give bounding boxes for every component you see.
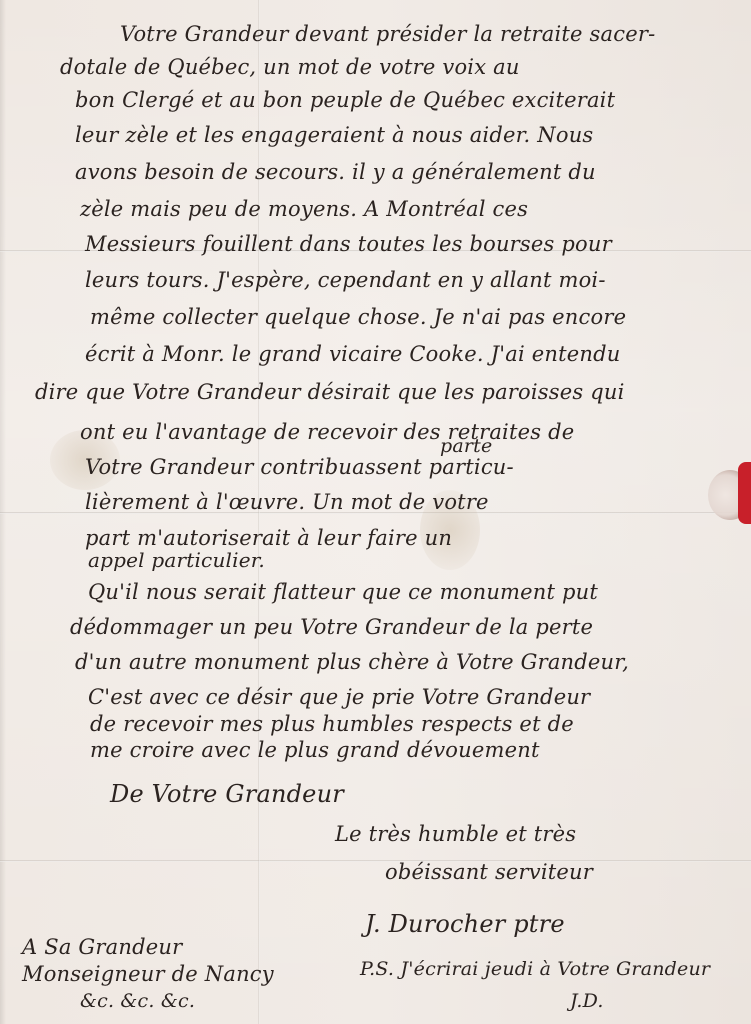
letter-line: de recevoir mes plus humbles respects et… [90,712,574,736]
letter-line: Qu'il nous serait flatteur que ce monume… [88,580,598,604]
closing-salutation: De Votre Grandeur [110,780,344,808]
closing-line: Le très humble et très [335,822,576,846]
address-line: A Sa Grandeur [22,935,182,959]
postscript: P.S. J'écrirai jeudi à Votre Grandeur [360,958,710,980]
signature: J. Durocher ptre [365,910,565,938]
letter-line: d'un autre monument plus chère à Votre G… [75,650,629,674]
letter-line: me croire avec le plus grand dévouement [90,738,540,762]
letter-line: dédommager un peu Votre Grandeur de la p… [70,615,593,639]
lower-text-layer: Qu'il nous serait flatteur que ce monume… [0,0,751,1024]
closing-line: obéissant serviteur [385,860,593,884]
address-line: &c. &c. &c. [80,990,195,1012]
address-line: Monseigneur de Nancy [22,962,274,986]
letter-line: C'est avec ce désir que je prie Votre Gr… [88,685,590,709]
postscript-initials: J.D. [570,990,604,1012]
